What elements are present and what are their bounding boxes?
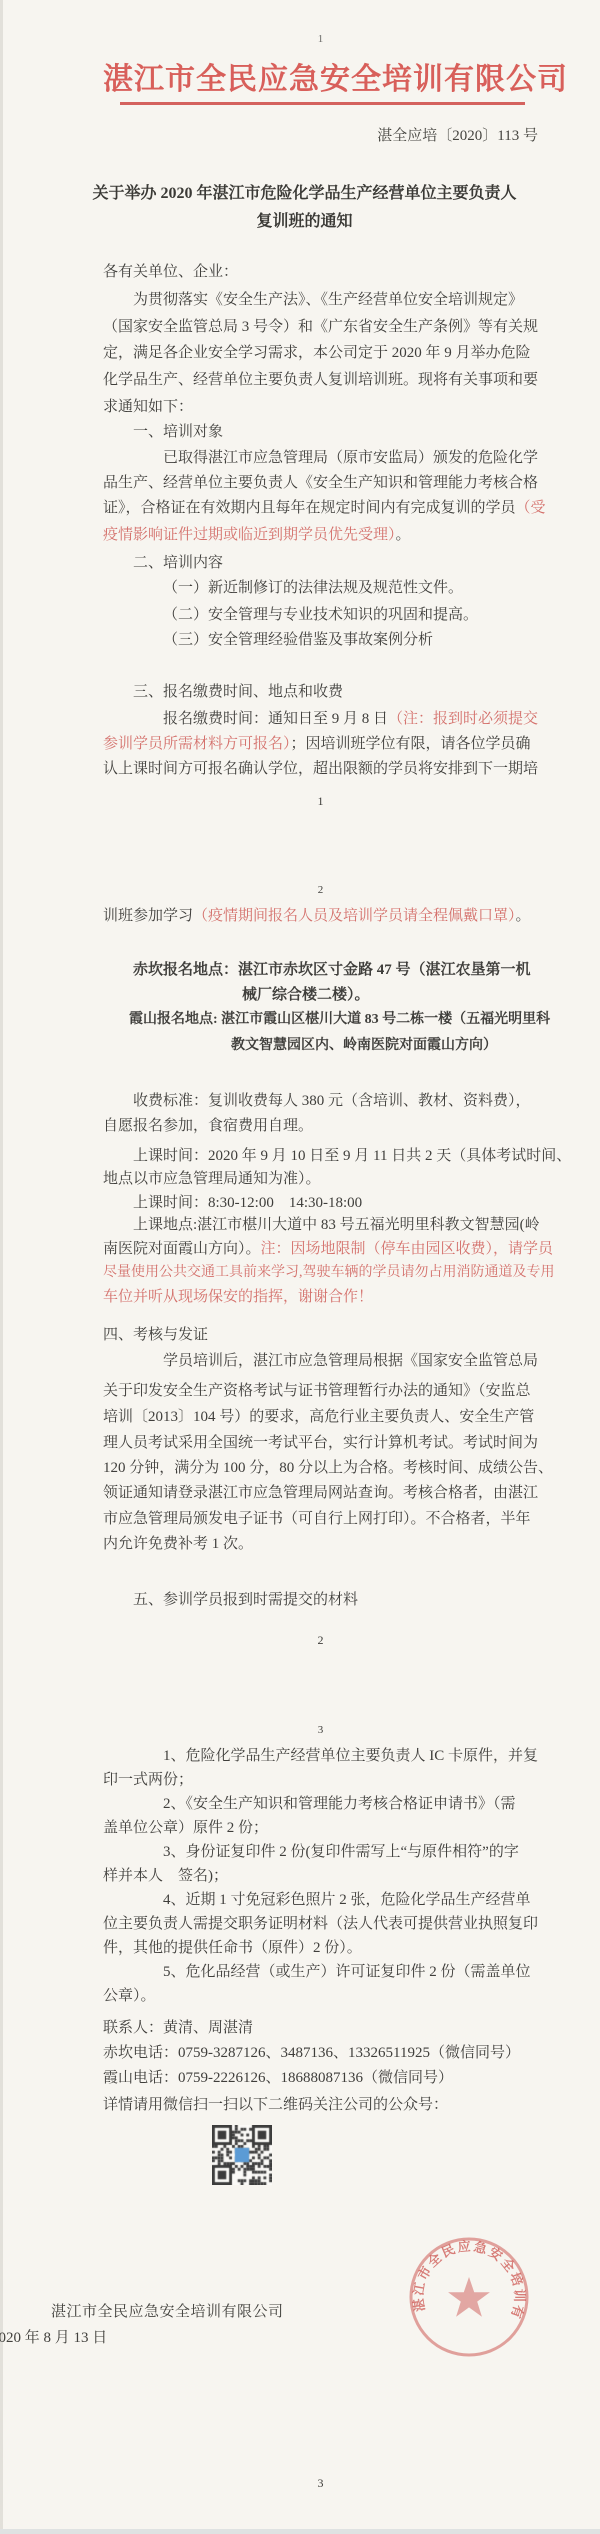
letterhead-company-name: 湛江市全民应急安全培训有限公司 xyxy=(103,54,538,98)
emphasis-red-text: 疫情影响证件过期或临近到期学员优先受理） xyxy=(103,527,396,543)
text-line: 收费标准：复训收费每人 380 元（含培训、教材、资料费）， xyxy=(103,1088,568,1114)
text-run: 证》，合格证在有效期内且每年在规定时间内有完成复训的学员 xyxy=(103,500,516,516)
text-run: 赤坎报名地点：湛江市赤坎区寸金路 47 号（湛江农垦第一机 xyxy=(133,962,531,978)
text-line: 盖单位公章）原件 2 份； xyxy=(103,1815,538,1841)
page2-footer-number: 2 xyxy=(103,1627,538,1653)
seal-star-icon xyxy=(448,2277,490,2317)
text-run: 关于印发安全生产资格考试与证书管理暂行办法的通知》（安监总 xyxy=(103,1383,531,1399)
text-run: 详情请用微信扫一扫以下二维码关注公司的公众号： xyxy=(103,2097,448,2113)
page1-footer-number: 1 xyxy=(103,788,538,814)
notice-title-line2: 复训班的通知 xyxy=(87,208,522,231)
text-run: 内允许免费补考 1 次。 xyxy=(103,1536,253,1552)
salutation: 各有关单位、企业： xyxy=(103,260,238,281)
text-line: 霞山报名地点: 湛江市霞山区椹川大道 83 号二栋一楼（五福光明里科 xyxy=(103,1007,564,1033)
text-run: 定，满足各企业安全学习需求，本公司定于 2020 年 9 月举办危险 xyxy=(103,345,531,361)
emphasis-red-text: 尽量使用公共交通工具前来学习,驾驶车辆的学员请勿占用消防通道及专用 xyxy=(103,1265,555,1280)
text-run: 2、《安全生产知识和管理能力考核合格证申请书》（需 xyxy=(163,1796,516,1812)
text-line: 培训〔2013〕104 号）的要求，高危行业主要负责人、安全生产管 xyxy=(103,1404,538,1430)
text-run: 件，其他的提供任命书（原件）2 份）。 xyxy=(103,1940,362,1956)
text-line: 公章）。 xyxy=(103,1983,538,2009)
text-line: 市应急管理局颁发电子证书（可自行上网打印）。不合格者，半年 xyxy=(103,1506,538,1532)
text-run: 地点以市应急管理局通知为准）。 xyxy=(103,1171,321,1187)
text-run: 理人员考试采用全国统一考试平台，实行计算机考试。考试时间为 xyxy=(103,1435,538,1451)
text-line: 件，其他的提供任命书（原件）2 份）。 xyxy=(103,1935,538,1961)
text-line: 证》，合格证在有效期内且每年在规定时间内有完成复训的学员（受 xyxy=(103,495,538,521)
text-run: 3 xyxy=(318,2476,324,2490)
text-line: 样并本人 签名)； xyxy=(103,1863,538,1889)
text-line: 二、培训内容 xyxy=(103,550,568,576)
signature-date: 2020 年 8 月 13 日 xyxy=(0,2325,426,2351)
text-line: 求通知如下： xyxy=(103,394,538,420)
scan-bottom-edge xyxy=(0,2529,600,2534)
scan-left-edge xyxy=(0,0,3,2534)
text-line: 尽量使用公共交通工具前来学习,驾驶车辆的学员请勿占用消防通道及专用 xyxy=(103,1260,538,1286)
text-line: 关于印发安全生产资格考试与证书管理暂行办法的通知》（安监总 xyxy=(103,1378,538,1404)
document-scan: 1 湛江市全民应急安全培训有限公司 湛全应培〔2020〕113 号 关于举办 2… xyxy=(0,0,600,2534)
text-run: 120 分钟，满分为 100 分，80 分以上为合格。考核时间、成绩公告、 xyxy=(103,1460,553,1476)
text-run: 化学品生产、经营单位主要负责人复训培训班。现将有关事项和要 xyxy=(103,372,538,388)
text-run: 领证通知请登录湛江市应急管理局网站查询。考核合格者，由湛江 xyxy=(103,1485,538,1501)
text-line: 械厂综合楼二楼）。 xyxy=(103,982,600,1008)
text-line: 化学品生产、经营单位主要负责人复训培训班。现将有关事项和要 xyxy=(103,367,538,393)
text-run: 样并本人 签名)； xyxy=(103,1868,228,1884)
text-run: 上课时间：2020 年 9 月 10 日至 9 月 11 日共 2 天（具体考试… xyxy=(133,1148,571,1164)
text-run: 。 xyxy=(396,527,411,543)
text-run: 培训〔2013〕104 号）的要求，高危行业主要负责人、安全生产管 xyxy=(103,1409,534,1425)
text-line: 详情请用微信扫一扫以下二维码关注公司的公众号： xyxy=(103,2092,538,2118)
text-run: 已取得湛江市应急管理局（原市安监局）颁发的危险化学 xyxy=(163,450,538,466)
text-line: 车位并听从现场保安的指挥，谢谢合作！ xyxy=(103,1284,538,1310)
text-line: 参训学员所需材料方可报名）；因培训班学位有限，请各位学员确 xyxy=(103,731,538,757)
text-run: 南医院对面霞山方向）。 xyxy=(103,1241,261,1257)
text-run: 3 xyxy=(318,1724,324,1736)
text-line: 自愿报名参加，食宿费用自理。 xyxy=(103,1113,538,1139)
text-run: 3、身份证复印件 2 份(复印件需写上“与原件相符”的字 xyxy=(163,1844,519,1860)
emphasis-red-text: （注：报到时必须提交 xyxy=(388,711,538,727)
wechat-qr-code xyxy=(212,2125,272,2185)
text-run: 上课时间：8:30-12:00 14:30-18:00 xyxy=(133,1195,362,1211)
text-run: 为贯彻落实《安全生产法》、《生产经营单位安全培训规定》 xyxy=(133,292,523,308)
text-line: 地点以市应急管理局通知为准）。 xyxy=(103,1166,538,1192)
text-line: 3、身份证复印件 2 份(复印件需写上“与原件相符”的字 xyxy=(103,1839,598,1865)
text-run: 5、危化品经营（或生产）许可证复印件 2 份（需盖单位 xyxy=(163,1964,531,1980)
text-run: 2 xyxy=(318,884,324,896)
text-run: 训班参加学习 xyxy=(103,908,193,924)
text-run: 1、危险化学品生产经营单位主要负责人 IC 卡原件，并复 xyxy=(163,1748,538,1764)
text-line: 1、危险化学品生产经营单位主要负责人 IC 卡原件，并复 xyxy=(103,1743,598,1769)
page1-top-marker: 1 xyxy=(103,33,538,45)
text-run: 霞山报名地点: 湛江市霞山区椹川大道 83 号二栋一楼（五福光明里科 xyxy=(129,1012,550,1027)
text-run: （国家安全监管总局 3 号令）和《广东省安全生产条例》等有关规 xyxy=(103,319,538,335)
emphasis-red-text: 注：因场地限制（停车由园区收费），请学员 xyxy=(261,1241,554,1257)
page3-footer-number: 3 xyxy=(103,2470,538,2496)
text-run: 学员培训后，湛江市应急管理局根据《国家安全监管总局 xyxy=(163,1353,538,1369)
text-run: 2 xyxy=(318,1633,324,1647)
company-seal: 湛江市全民应急安全培训有限公司 xyxy=(399,2227,539,2367)
page3-top-marker: 3 xyxy=(103,1717,538,1743)
text-line: 2、《安全生产知识和管理能力考核合格证申请书》（需 xyxy=(103,1791,598,1817)
text-line: 品生产、经营单位主要负责人《安全生产知识和管理能力考核合格 xyxy=(103,470,538,496)
text-line: 四、考核与发证 xyxy=(103,1322,538,1348)
text-run: 二、培训内容 xyxy=(133,555,223,571)
text-line: 4、近期 1 寸免冠彩色照片 2 张，危险化学品生产经营单 xyxy=(103,1887,598,1913)
text-line: 学员培训后，湛江市应急管理局根据《国家安全监管总局 xyxy=(103,1348,598,1374)
text-line: 领证通知请登录湛江市应急管理局网站查询。考核合格者，由湛江 xyxy=(103,1480,538,1506)
text-run: 求通知如下： xyxy=(103,399,193,415)
text-run: 教文智慧园区内、岭南医院对面霞山方向） xyxy=(231,1038,497,1053)
text-line: 报名缴费时间：通知日至 9 月 8 日（注：报到时必须提交 xyxy=(103,706,598,732)
emphasis-red-text: （受 xyxy=(516,500,546,516)
text-run: 品生产、经营单位主要负责人《安全生产知识和管理能力考核合格 xyxy=(103,475,538,491)
text-line: 赤坎电话：0759-3287126、3487136、13326511925（微信… xyxy=(103,2040,538,2066)
text-line: （二）安全管理与专业技术知识的巩固和提高。 xyxy=(103,602,598,628)
text-run: 印一式两份； xyxy=(103,1772,193,1788)
text-run: 赤坎电话：0759-3287126、3487136、13326511925（微信… xyxy=(103,2045,520,2061)
text-run: 械厂综合楼二楼）。 xyxy=(242,987,370,1003)
text-run: 1 xyxy=(318,794,324,808)
text-run: 上课地点:湛江市椹川大道中 83 号五福光明里科教文智慧园(岭 xyxy=(133,1217,540,1233)
text-line: 霞山电话：0759-2226126、18688087136（微信同号） xyxy=(103,2065,538,2091)
document-number: 湛全应培〔2020〕113 号 xyxy=(103,124,538,145)
text-run: （一）新近制修订的法律法规及规范性文件。 xyxy=(163,580,463,596)
text-line: 赤坎报名地点：湛江市赤坎区寸金路 47 号（湛江农垦第一机 xyxy=(103,957,568,983)
text-run: 四、考核与发证 xyxy=(103,1327,208,1343)
text-run: 三、报名缴费时间、地点和收费 xyxy=(133,684,343,700)
text-line: 定，满足各企业安全学习需求，本公司定于 2020 年 9 月举办危险 xyxy=(103,340,538,366)
text-run: 收费标准：复训收费每人 380 元（含培训、教材、资料费）， xyxy=(133,1093,531,1109)
text-line: 联系人：黄清、周湛清 xyxy=(103,2015,538,2041)
text-run: 自愿报名参加，食宿费用自理。 xyxy=(103,1118,313,1134)
text-line: 训班参加学习（疫情期间报名人员及培训学员请全程佩戴口罩）。 xyxy=(103,903,538,929)
text-line: 教文智慧园区内、岭南医院对面霞山方向） xyxy=(103,1033,600,1059)
text-line: 南医院对面霞山方向）。注：因场地限制（停车由园区收费），请学员 xyxy=(103,1236,538,1262)
text-line: 疫情影响证件过期或临近到期学员优先受理）。 xyxy=(103,522,538,548)
emphasis-red-text: 车位并听从现场保安的指挥，谢谢合作！ xyxy=(103,1289,373,1305)
text-line: （三）安全管理经验借鉴及事故案例分析 xyxy=(103,627,598,653)
notice-title-line1: 关于举办 2020 年湛江市危险化学品生产经营单位主要负责人 xyxy=(87,180,522,203)
letterhead-rule xyxy=(120,102,525,105)
text-run: 。 xyxy=(516,908,531,924)
text-run: 市应急管理局颁发电子证书（可自行上网打印）。不合格者，半年 xyxy=(103,1511,531,1527)
text-line: （一）新近制修订的法律法规及规范性文件。 xyxy=(103,575,598,601)
text-run: 五、参训学员报到时需提交的材料 xyxy=(133,1592,358,1608)
text-run: ；因培训班学位有限，请各位学员确 xyxy=(291,736,531,752)
text-run: 联系人：黄清、周湛清 xyxy=(103,2020,253,2036)
text-run: （二）安全管理与专业技术知识的巩固和提高。 xyxy=(163,607,478,623)
text-line: 理人员考试采用全国统一考试平台，实行计算机考试。考试时间为 xyxy=(103,1430,538,1456)
text-line: 认上课时间方可报名确认学位，超出限额的学员将安排到下一期培 xyxy=(103,756,538,782)
text-run: 报名缴费时间：通知日至 9 月 8 日 xyxy=(163,711,388,727)
text-line: 120 分钟，满分为 100 分，80 分以上为合格。考核时间、成绩公告、 xyxy=(103,1455,538,1481)
text-run: （三）安全管理经验借鉴及事故案例分析 xyxy=(163,632,433,648)
text-line: 印一式两份； xyxy=(103,1767,538,1793)
text-line: 三、报名缴费时间、地点和收费 xyxy=(103,679,568,705)
text-line: 已取得湛江市应急管理局（原市安监局）颁发的危险化学 xyxy=(103,445,598,471)
text-run: 认上课时间方可报名确认学位，超出限额的学员将安排到下一期培 xyxy=(103,761,538,777)
text-run: 霞山电话：0759-2226126、18688087136（微信同号） xyxy=(103,2070,453,2086)
text-line: 5、危化品经营（或生产）许可证复印件 2 份（需盖单位 xyxy=(103,1959,598,1985)
text-line: 五、参训学员报到时需提交的材料 xyxy=(103,1587,568,1613)
text-line: 一、培训对象 xyxy=(103,419,568,445)
emphasis-red-text: 参训学员所需材料方可报名） xyxy=(103,736,291,752)
text-line: （国家安全监管总局 3 号令）和《广东省安全生产条例》等有关规 xyxy=(103,314,538,340)
text-line: 位主要负责人需提交职务证明材料（法人代表可提供营业执照复印 xyxy=(103,1911,538,1937)
text-run: 位主要负责人需提交职务证明材料（法人代表可提供营业执照复印 xyxy=(103,1916,538,1932)
text-line: 内允许免费补考 1 次。 xyxy=(103,1531,538,1557)
text-run: 盖单位公章）原件 2 份； xyxy=(103,1820,268,1836)
text-line: 为贯彻落实《安全生产法》、《生产经营单位安全培训规定》 xyxy=(103,287,568,313)
text-line: 上课地点:湛江市椹川大道中 83 号五福光明里科教文智慧园(岭 xyxy=(103,1212,568,1238)
text-run: 4、近期 1 寸免冠彩色照片 2 张，危险化学品生产经营单 xyxy=(163,1892,531,1908)
page2-top-marker: 2 xyxy=(103,877,538,903)
emphasis-red-text: （疫情期间报名人员及培训学员请全程佩戴口罩） xyxy=(193,908,516,924)
text-run: 一、培训对象 xyxy=(133,424,223,440)
text-run: 公章）。 xyxy=(103,1988,156,2004)
